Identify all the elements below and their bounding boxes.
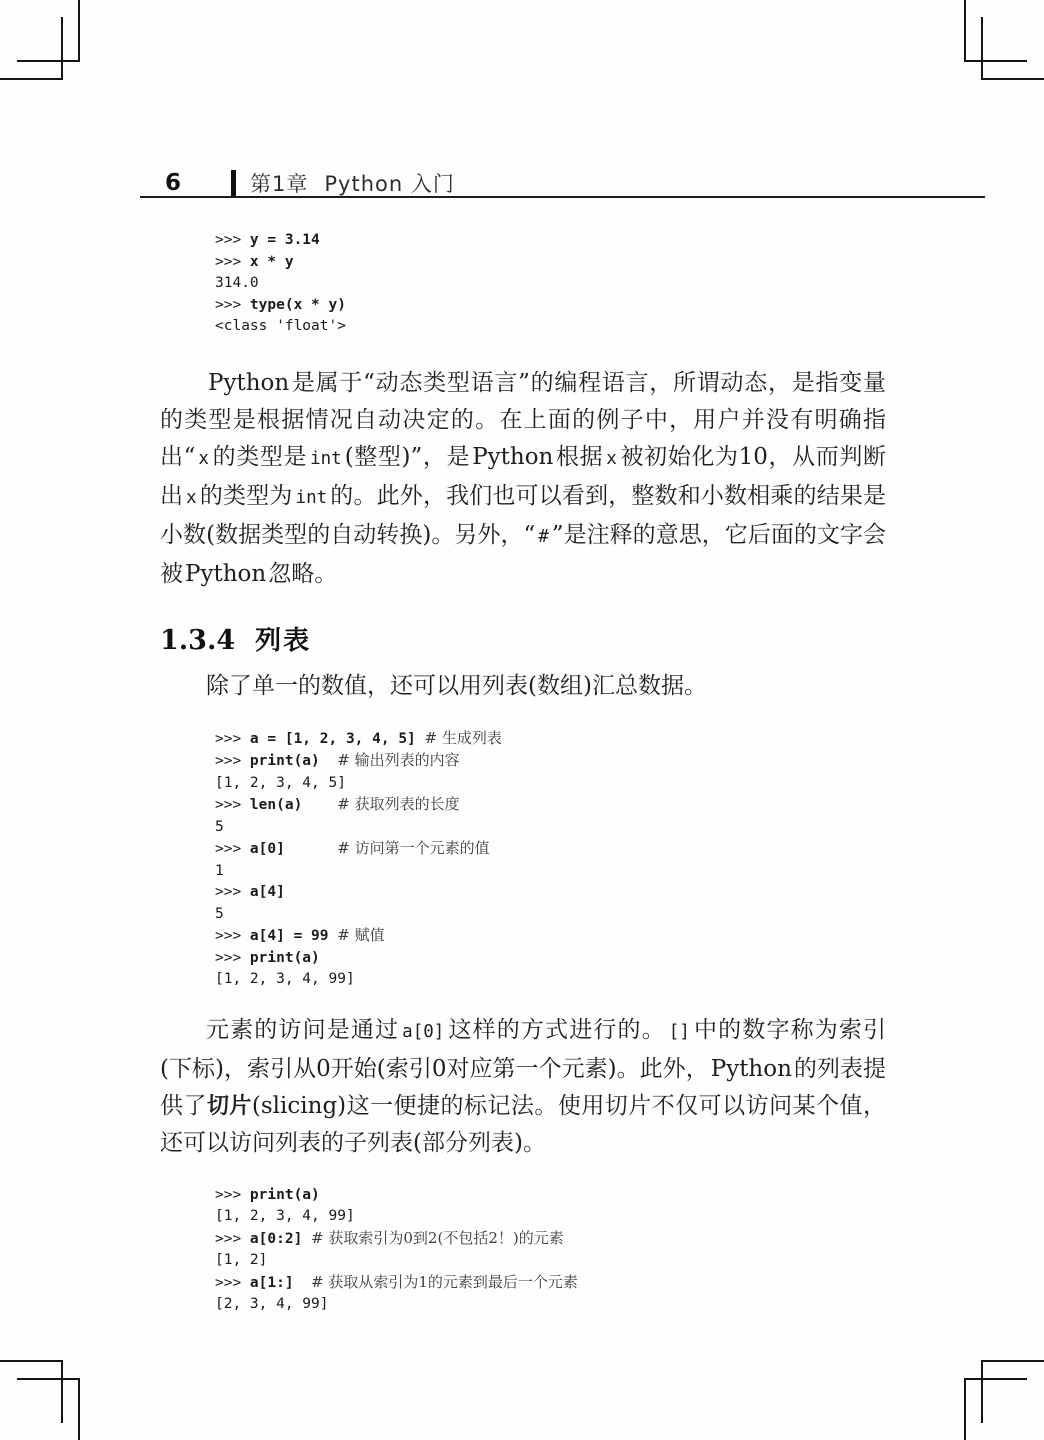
code-output — [294, 1275, 311, 1291]
section-title: 列表 — [255, 620, 311, 657]
crop-mark-line — [17, 60, 80, 62]
code-output: >>> — [215, 1231, 250, 1247]
code-line: 5 — [215, 904, 886, 926]
crop-mark-line — [78, 1378, 80, 1440]
code-line: >>> a[4] = 99 # 赋值 — [215, 925, 886, 948]
crop-mark-line — [17, 1378, 80, 1380]
code-output: >>> — [215, 928, 250, 944]
section-heading: 1.3.4 列表 — [160, 620, 886, 652]
code-input: a[1:] — [250, 1275, 294, 1291]
page-content: >>> y = 3.14>>> x * y314.0>>> type(x * y… — [160, 230, 886, 1316]
code-output: 314.0 — [215, 275, 259, 291]
code-input: x * y — [250, 254, 294, 270]
code-comment: # 获取列表的长度 — [337, 795, 459, 813]
code-output: >>> — [215, 297, 250, 313]
code-line: 5 — [215, 817, 886, 839]
code-line: >>> a[0] # 访问第一个元素的值 — [215, 838, 886, 861]
running-header: 6 第1章 Python 入门 — [165, 168, 455, 198]
code-line: [1, 2, 3, 4, 99] — [215, 1206, 886, 1228]
code-output: 5 — [215, 819, 224, 835]
text-segment: x — [195, 449, 212, 469]
crop-mark-line — [981, 1360, 983, 1423]
code-output — [329, 928, 338, 944]
text-segment: Python — [470, 444, 555, 470]
code-comment: # 输出列表的内容 — [337, 751, 459, 769]
text-segment: x — [183, 488, 200, 508]
code-output: >>> — [215, 753, 250, 769]
text-segment: 的类型是 — [212, 444, 307, 470]
text-segment: [] — [666, 1022, 693, 1042]
text-segment: 根据 — [555, 444, 603, 470]
code-output — [285, 841, 337, 857]
text-segment: int — [307, 449, 345, 469]
code-line: >>> y = 3.14 — [215, 230, 886, 252]
code-output: [1, 2, 3, 4, 5] — [215, 775, 346, 791]
code-output — [302, 797, 337, 813]
code-input: a = [1, 2, 3, 4, 5] — [250, 731, 416, 747]
code-output — [416, 731, 425, 747]
code-line: >>> print(a) — [215, 948, 886, 970]
code-block-list-basics: >>> a = [1, 2, 3, 4, 5] # 生成列表>>> print(… — [215, 728, 886, 991]
text-segment: Python — [206, 370, 291, 396]
crop-mark-line — [981, 17, 983, 80]
crop-mark-line — [0, 1360, 62, 1362]
code-block-list-slicing: >>> print(a)[1, 2, 3, 4, 99]>>> a[0:2] #… — [215, 1185, 886, 1316]
code-block-float-example: >>> y = 3.14>>> x * y314.0>>> type(x * y… — [215, 230, 886, 338]
code-line: >>> a[1:] # 获取从索引为1的元素到最后一个元素 — [215, 1272, 886, 1295]
text-segment: 切片 — [207, 1094, 252, 1119]
text-segment: 的类型为 — [200, 483, 293, 509]
text-segment: Python — [709, 1056, 794, 1082]
crop-mark-line — [982, 1360, 1044, 1362]
code-input: a[4] — [250, 884, 285, 900]
code-output: >>> — [215, 1275, 250, 1291]
code-line: <class 'float'> — [215, 316, 886, 338]
paragraph-index-slicing: 元素的访问是通过a[0]这样的方式进行的。[]中的数字称为索引(下标)，索引从0… — [160, 1012, 886, 1162]
code-input: type(x * y) — [250, 297, 346, 313]
code-output — [302, 1231, 311, 1247]
crop-mark-line — [78, 0, 80, 62]
code-comment: # 获取索引为0到2(不包括2！)的元素 — [311, 1229, 564, 1247]
code-output: >>> — [215, 884, 250, 900]
text-segment: int — [293, 488, 331, 508]
page-number: 6 — [165, 170, 181, 196]
code-output: >>> — [215, 731, 250, 747]
code-output — [320, 753, 337, 769]
code-line: >>> a = [1, 2, 3, 4, 5] # 生成列表 — [215, 728, 886, 751]
code-output: >>> — [215, 254, 250, 270]
code-input: print(a) — [250, 753, 320, 769]
code-output: >>> — [215, 1187, 250, 1203]
paragraph-dynamic-typing: Python是属于“动态类型语言”的编程语言，所谓动态，是指变量的类型是根据情况… — [160, 365, 886, 593]
code-comment: # 生成列表 — [425, 729, 502, 747]
header-divider-bar — [231, 170, 236, 197]
text-segment: Python — [183, 561, 268, 587]
code-output: >>> — [215, 232, 250, 248]
code-output: <class 'float'> — [215, 318, 346, 334]
code-output: >>> — [215, 950, 250, 966]
book-page: 6 第1章 Python 入门 >>> y = 3.14>>> x * y314… — [0, 0, 1044, 1440]
code-output: 5 — [215, 906, 224, 922]
section-number: 1.3.4 — [160, 625, 235, 656]
code-output: >>> — [215, 841, 250, 857]
code-input: print(a) — [250, 950, 320, 966]
code-comment: # 获取从索引为1的元素到最后一个元素 — [311, 1273, 578, 1291]
text-segment: 除了单一的数值，还可以用列表(数组)汇总数据。 — [206, 673, 707, 699]
paragraph-list-intro: 除了单一的数值，还可以用列表(数组)汇总数据。 — [160, 668, 886, 705]
crop-mark-line — [61, 1360, 63, 1423]
code-line: >>> a[0:2] # 获取索引为0到2(不包括2！)的元素 — [215, 1228, 886, 1251]
chapter-title: Python 入门 — [324, 168, 454, 198]
text-segment: x — [603, 449, 620, 469]
crop-mark-line — [964, 1378, 1027, 1380]
text-segment: # — [535, 527, 552, 547]
code-input: len(a) — [250, 797, 302, 813]
code-line: >>> len(a) # 获取列表的长度 — [215, 794, 886, 817]
code-input: a[0:2] — [250, 1231, 302, 1247]
code-line: [2, 3, 4, 99] — [215, 1294, 886, 1316]
code-line: >>> a[4] — [215, 882, 886, 904]
text-segment: (slicing)这一便捷的标记法。使用切片不仅可以访问某个值，还可以访问列表的… — [160, 1093, 886, 1156]
crop-mark-line — [964, 1378, 966, 1440]
crop-mark-line — [964, 0, 966, 62]
crop-mark-line — [964, 60, 1027, 62]
code-comment: # 赋值 — [337, 926, 384, 944]
text-segment: 忽略。 — [268, 561, 337, 587]
code-output: [1, 2, 3, 4, 99] — [215, 971, 355, 987]
code-input: a[0] — [250, 841, 285, 857]
code-output: 1 — [215, 863, 224, 879]
crop-mark-line — [982, 78, 1044, 80]
code-input: print(a) — [250, 1187, 320, 1203]
code-input: a[4] = 99 — [250, 928, 329, 944]
code-line: [1, 2, 3, 4, 5] — [215, 773, 886, 795]
code-line: >>> x * y — [215, 252, 886, 274]
chapter-label: 第1章 — [250, 168, 308, 198]
header-rule — [140, 196, 985, 198]
code-line: >>> type(x * y) — [215, 295, 886, 317]
text-segment: (整型)”，是 — [345, 444, 470, 470]
code-output: >>> — [215, 797, 250, 813]
code-line: 314.0 — [215, 273, 886, 295]
code-output: [1, 2] — [215, 1252, 267, 1268]
crop-mark-line — [0, 78, 62, 80]
code-input: y = 3.14 — [250, 232, 320, 248]
text-segment: 元素的访问是通过 — [206, 1017, 399, 1043]
code-line: >>> print(a) # 输出列表的内容 — [215, 750, 886, 773]
code-output: [2, 3, 4, 99] — [215, 1296, 329, 1312]
crop-mark-line — [61, 17, 63, 80]
code-output: [1, 2, 3, 4, 99] — [215, 1208, 355, 1224]
code-comment: # 访问第一个元素的值 — [337, 839, 489, 857]
code-line: >>> print(a) — [215, 1185, 886, 1207]
code-line: 1 — [215, 861, 886, 883]
text-segment: a[0] — [399, 1022, 447, 1042]
code-line: [1, 2, 3, 4, 99] — [215, 969, 886, 991]
text-segment: 这样的方式进行的。 — [447, 1017, 665, 1043]
code-line: [1, 2] — [215, 1250, 886, 1272]
